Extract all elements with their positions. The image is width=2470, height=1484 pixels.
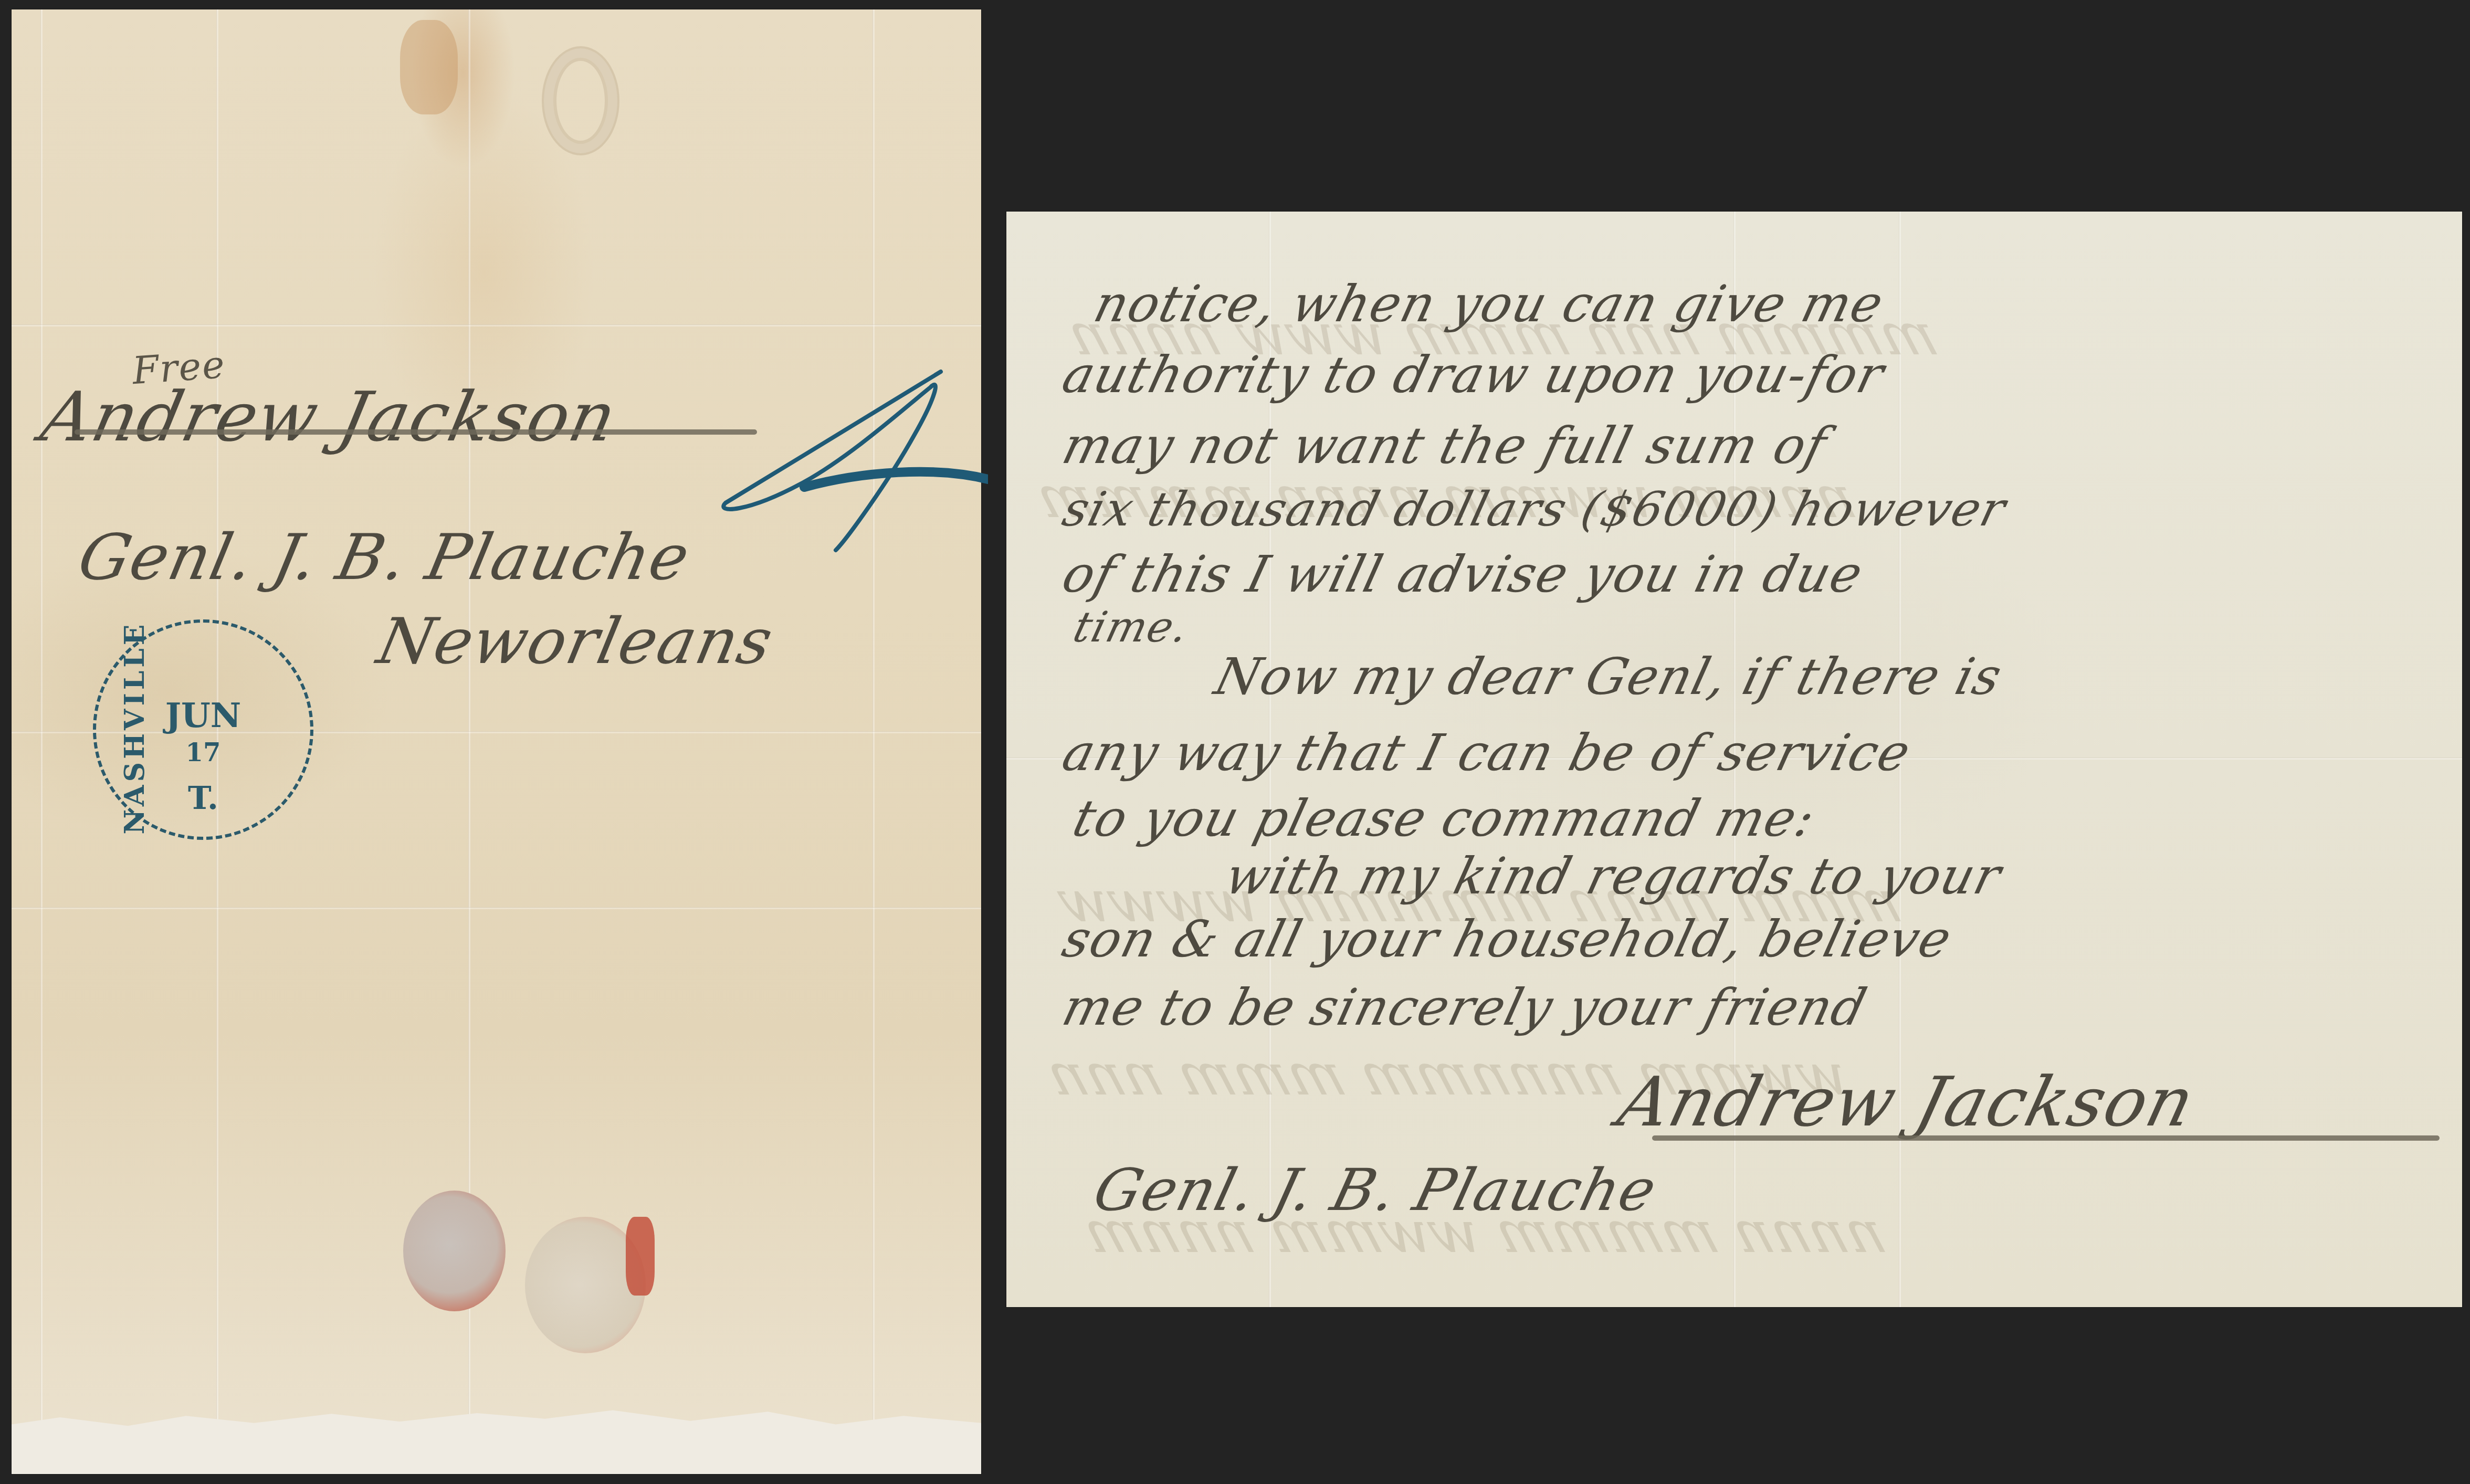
letter-line: Now my dear Genl, if there is: [1209, 647, 2008, 706]
postmark-state: T.: [96, 780, 310, 817]
letter-addressee: Genl. J. B. Plauche: [1087, 1156, 1664, 1224]
seal-stain: [400, 20, 458, 114]
letter-page-sheet: mmmm nnn mmm www nnnn nnmm wwmm nnnn mmm…: [1006, 212, 2462, 1307]
fold-line: [12, 907, 981, 909]
letter-line: any way that I can be of service: [1057, 723, 1917, 782]
signature-underline: [1652, 1135, 2440, 1141]
address-line-recipient: Genl. J. B. Plauche: [72, 521, 696, 594]
letter-line: six thousand dollars ($6000) however: [1057, 482, 2012, 537]
letter-line: with my kind regards to your: [1220, 847, 2007, 906]
letter-line: of this I will advise you in due: [1057, 545, 1869, 604]
letter-line: may not want the full sum of: [1057, 416, 1833, 475]
letter-line: notice, when you can give me: [1088, 275, 1890, 333]
letter-signature: Andrew Jackson: [1611, 1062, 2203, 1142]
postmark-day: 17: [96, 738, 310, 767]
red-wax-seal-left: [403, 1191, 506, 1311]
fold-line: [12, 324, 981, 327]
franking-signature: Andrew Jackson: [35, 377, 624, 457]
letter-line: son & all your household, believe: [1057, 910, 1958, 969]
blue-rate-mark-icon: [715, 366, 988, 555]
letter-line: authority to draw upon you-for: [1057, 345, 1890, 404]
torn-bottom-edge: [12, 1403, 981, 1474]
embossed-seal-impression: [542, 46, 619, 155]
address-line-city: Neworleans: [371, 605, 780, 678]
letter-line: time.: [1068, 603, 1194, 651]
letter-line: me to be sincerely your friend: [1057, 978, 1873, 1037]
signature-underline: [75, 429, 757, 435]
address-cover-sheet: Free Andrew Jackson Genl. J. B. Plauche …: [12, 9, 981, 1474]
fold-line: [40, 9, 43, 1474]
red-wax-fragment: [626, 1217, 655, 1296]
postmark-month: JUN: [96, 696, 310, 735]
letter-line: to you please command me:: [1067, 789, 1822, 848]
fold-line: [873, 9, 875, 1474]
nashville-postmark: NASHVILLE JUN 17 T.: [93, 619, 313, 840]
